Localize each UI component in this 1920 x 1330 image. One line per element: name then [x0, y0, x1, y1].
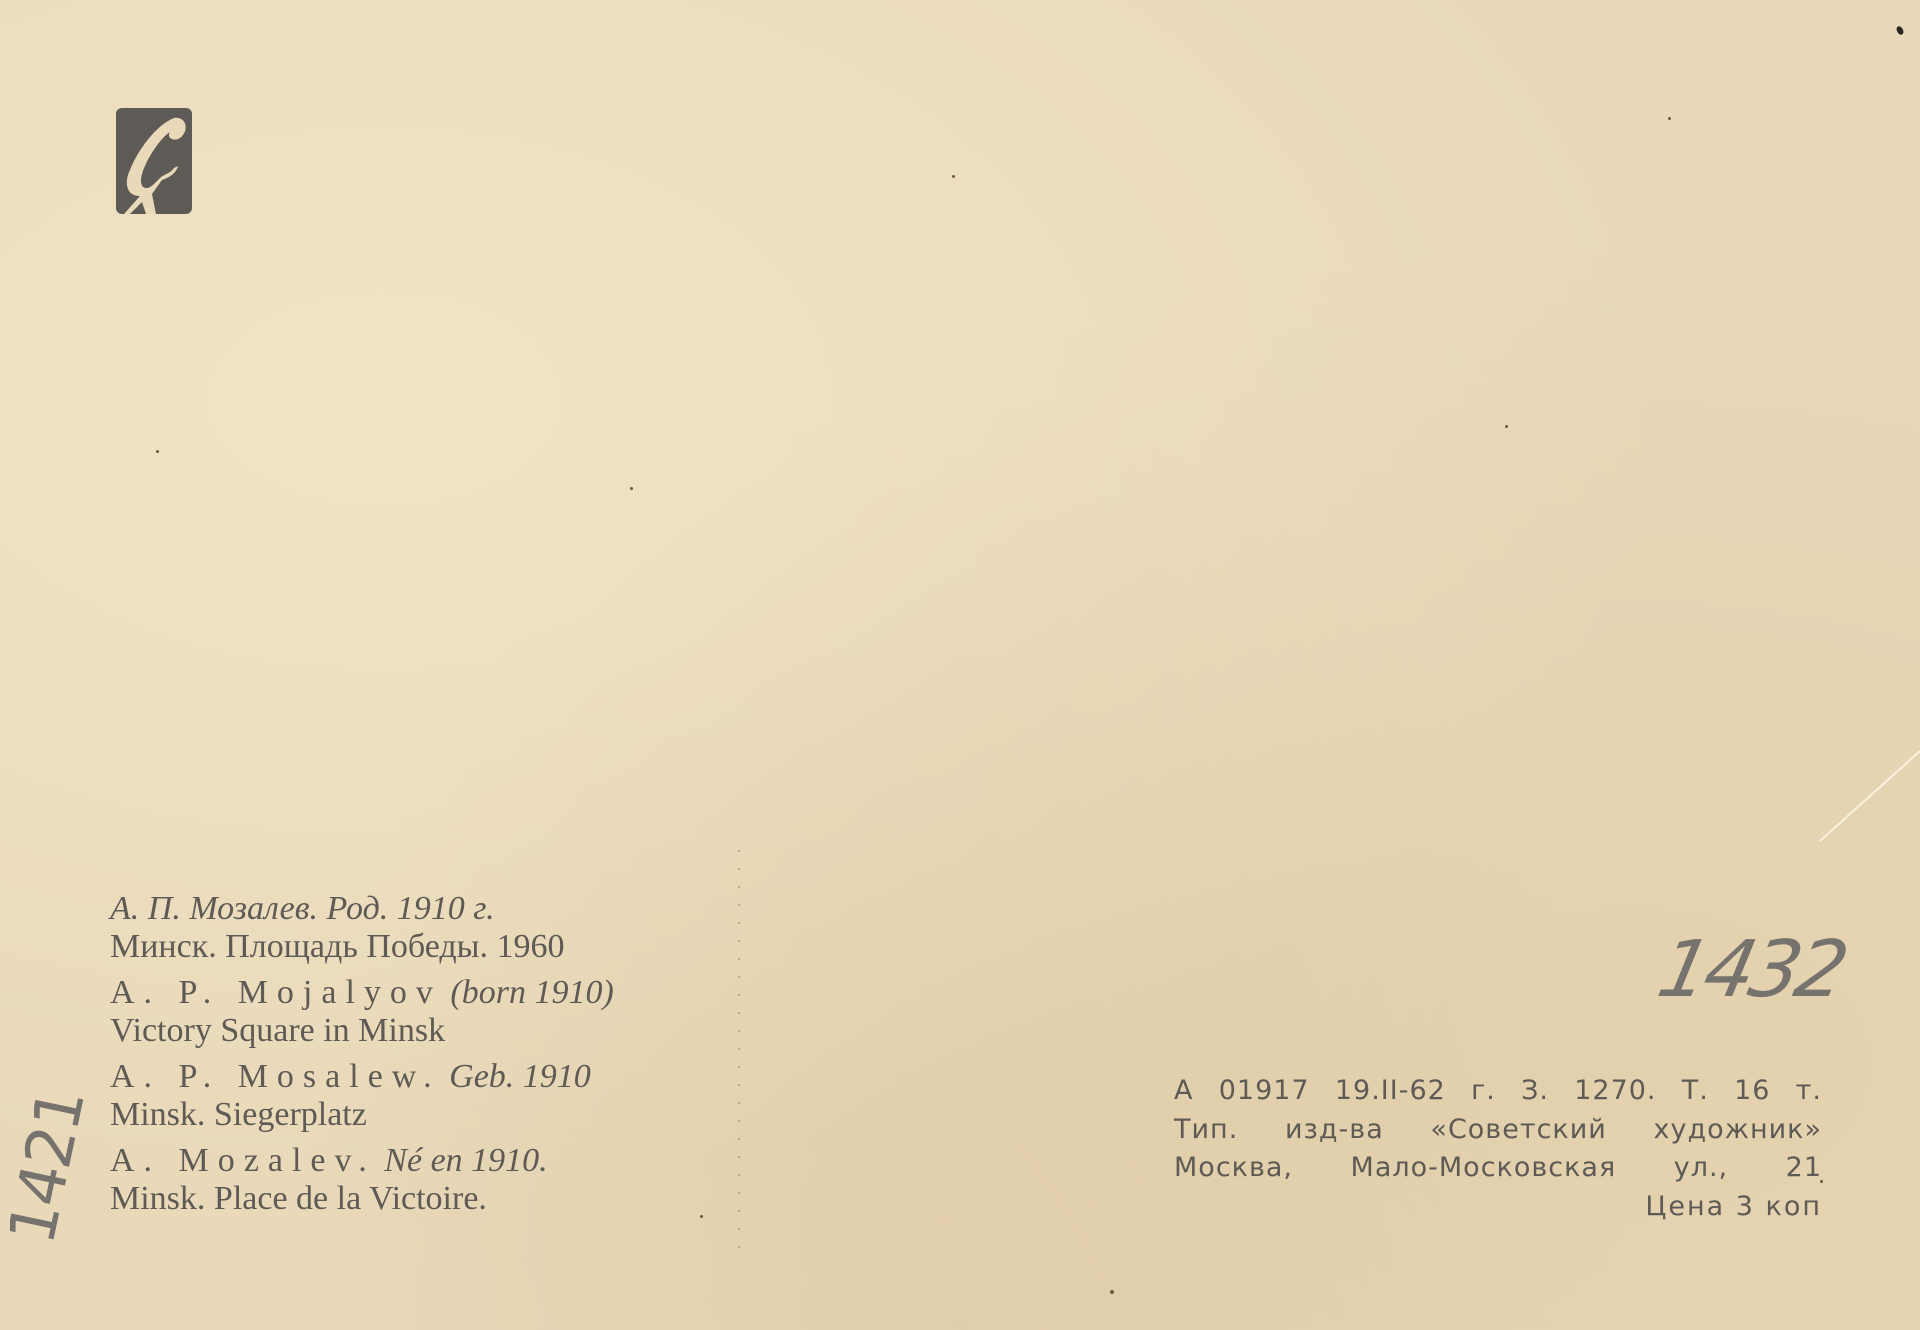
handwritten-number-right: 1432	[1650, 925, 1852, 1015]
caption-ru-author-line: А. П. Мозалев. Род. 1910 г.	[110, 890, 750, 928]
paper-speck	[1895, 25, 1905, 36]
caption-de-title: Minsk. Siegerplatz	[110, 1096, 750, 1134]
caption-fr-author-line: A. Mozalev. Né en 1910.	[110, 1142, 750, 1180]
caption-en-title: Victory Square in Minsk	[110, 1012, 750, 1050]
sovetsky-khudozhnik-monogram-icon	[116, 108, 192, 214]
paper-speck	[1668, 117, 1671, 120]
caption-de-author: A. P. Mosalew.	[110, 1058, 441, 1095]
artwork-caption: А. П. Мозалев. Род. 1910 г. Минск. Площа…	[110, 890, 750, 1218]
publisher-logo	[116, 108, 192, 214]
caption-ru-title: Минск. Площадь Победы. 1960	[110, 928, 750, 966]
paper-speck	[630, 487, 633, 490]
paper-crease	[1819, 740, 1920, 842]
paper-speck	[1110, 1290, 1114, 1294]
paper-speck	[952, 175, 955, 178]
imprint-order-line: А 01917 19.II-62 г. З. 1270. Т. 16 т.	[1174, 1072, 1822, 1111]
imprint-address-line: Москва, Мало-Московская ул., 21	[1174, 1149, 1822, 1188]
caption-de-author-line: A. P. Mosalew. Geb. 1910	[110, 1058, 750, 1096]
caption-fr-title: Minsk. Place de la Victoire.	[110, 1180, 750, 1218]
imprint-price: Цена 3 коп	[1174, 1188, 1822, 1227]
printer-imprint: А 01917 19.II-62 г. З. 1270. Т. 16 т. Ти…	[1174, 1072, 1822, 1226]
paper-speck	[1505, 425, 1508, 428]
caption-fr-born: Né en 1910.	[384, 1142, 547, 1179]
caption-de-born: Geb. 1910	[449, 1058, 591, 1095]
caption-ru-born: Род. 1910 г.	[327, 890, 495, 927]
caption-ru-author: А. П. Мозалев.	[110, 890, 318, 927]
imprint-publisher-line: Тип. изд-ва «Советский художник»	[1174, 1111, 1822, 1150]
paper-speck	[156, 450, 159, 453]
handwritten-number-left: 1421	[0, 1084, 100, 1251]
caption-en-author: A. P. Mojalyov	[110, 974, 442, 1011]
caption-fr-author: A. Mozalev.	[110, 1142, 376, 1179]
caption-en-author-line: A. P. Mojalyov (born 1910)	[110, 974, 750, 1012]
caption-en-born: (born 1910)	[450, 974, 613, 1011]
